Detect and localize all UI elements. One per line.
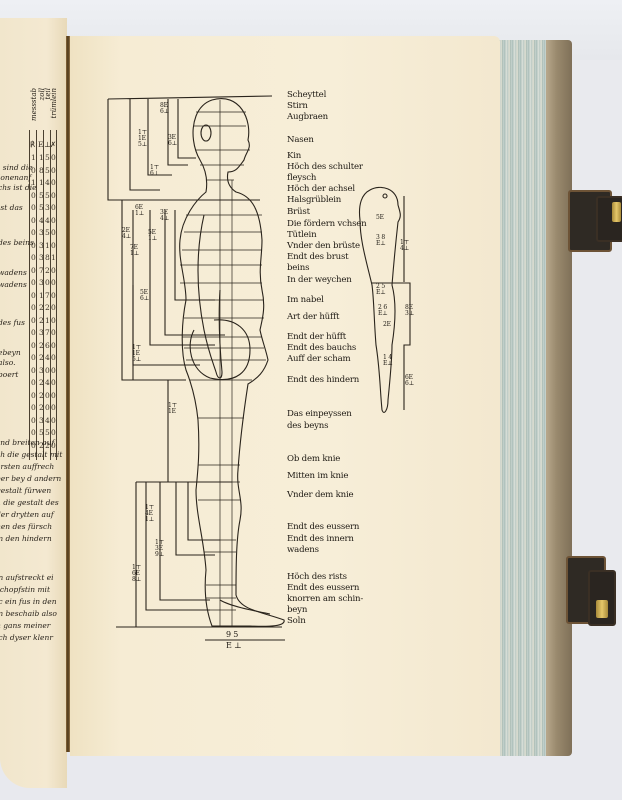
figure-label: Endt des bauchs [287, 343, 356, 353]
measurement-mark: 2E [383, 322, 393, 328]
figure-label: Endt des brust [287, 252, 348, 262]
measurement-mark: 2 5 E⊥ [376, 284, 386, 296]
figure-label: beins [287, 263, 309, 273]
measurement-mark: 8E 3⊥ [405, 305, 415, 317]
figure-label: Im nabel [287, 295, 324, 305]
figure-label: Endt des innern [287, 534, 354, 544]
measurement-mark: 1 4 E⊥ [383, 355, 393, 367]
figure-label: Das einpeyssen [287, 409, 352, 419]
figure-label: beyn [287, 605, 307, 615]
measurement-mark: 6E 1⊥ [135, 205, 145, 217]
measurement-mark: 2E 4⊥ [122, 228, 132, 240]
figure-label: Vnder den brüste [287, 241, 360, 251]
top-of-head-line [108, 96, 272, 99]
figure-label: Augbraen [287, 112, 328, 122]
figure-label: Halsgrüblein [287, 195, 341, 205]
figure-label: Höch des rists [287, 572, 347, 582]
figure-label: Ob dem knie [287, 454, 340, 464]
measurement-mark: 1⊤ 1E 5⊥ [138, 130, 148, 148]
figure-label: wadens [287, 545, 319, 555]
figure-label: Vnder dem knie [287, 490, 353, 500]
measurement-mark: 3E 6⊥ [168, 135, 178, 147]
figure-label: Kin [287, 151, 301, 161]
measurement-mark: 2 6 E⊥ [378, 305, 388, 317]
measurement-mark: 6E 6⊥ [405, 375, 415, 387]
figure-label: Endt des eussern [287, 522, 359, 532]
measurement-mark: 8E 6⊥ [160, 103, 170, 115]
figure-label: Höch der achsel [287, 184, 355, 194]
figure-label: Nasen [287, 135, 314, 145]
measurement-mark: 5E [376, 215, 386, 221]
scale-text-top: 9 5 [226, 630, 238, 639]
figure-label: knorren am schin- [287, 594, 363, 604]
measurement-mark: 1⊤ 6⊥ [150, 165, 160, 177]
measurement-mark: 1⊤ 4E 1⊥ [145, 505, 155, 523]
figure-label: fleysch [287, 173, 316, 183]
figure-label: Auff der scham [287, 354, 351, 364]
figure-label: Art der hüfft [287, 312, 339, 322]
figure-label: Brüst [287, 207, 310, 217]
measurement-mark: 5E 1⊥ [148, 230, 158, 242]
measurement-mark: 1⊤ 3E 9⊥ [155, 540, 165, 558]
measurement-mark: 1⊤ 6E 8⊥ [132, 565, 142, 583]
measurement-mark: 5E 6⊥ [140, 290, 150, 302]
measurement-mark: 3E 4⊥ [160, 210, 170, 222]
scale-text-bottom: E ⊥ [226, 641, 241, 650]
figure-label: Scheyttel [287, 90, 326, 100]
figure-label: des beyns [287, 421, 328, 431]
measurement-mark: 1⊤ 1E [168, 403, 178, 415]
figure-label: Soln [287, 616, 306, 626]
figure-label: Mitten im knie [287, 471, 348, 481]
measurement-mark: 1⊤ 4⊥ [400, 240, 410, 252]
figure-label: Stirn [287, 101, 308, 111]
figure-label: Endt der hüfft [287, 332, 346, 342]
figure-label: Die fördern vchsen [287, 219, 367, 229]
figure-label: Endt des eussern [287, 583, 359, 593]
figure-label: In der weychen [287, 275, 352, 285]
measurement-mark: 3 8 E⊥ [376, 235, 386, 247]
measurement-mark: 7E 1⊥ [130, 245, 140, 257]
figure-label: Höch des schulter [287, 162, 363, 172]
figure-label: Tütlein [287, 230, 316, 240]
measurement-mark: 1⊤ 1E 5⊥ [132, 345, 142, 363]
figure-label: Endt des hindern [287, 375, 359, 385]
